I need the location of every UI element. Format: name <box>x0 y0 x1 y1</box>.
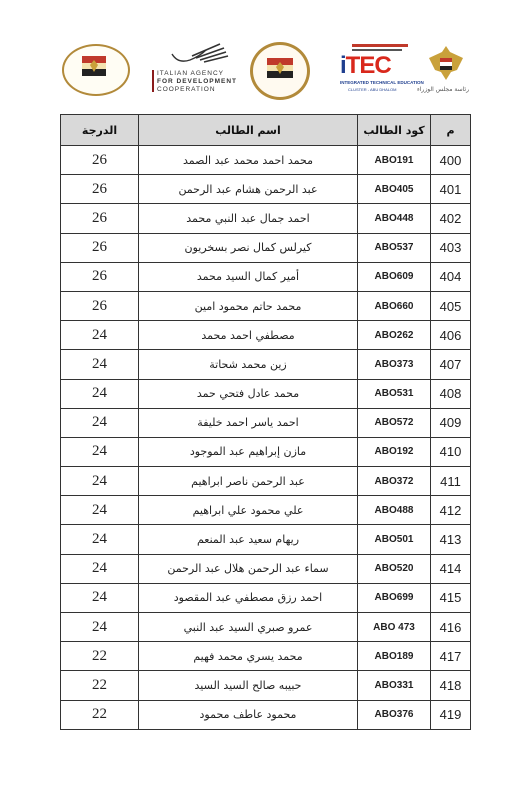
student-grade: 24 <box>61 437 139 466</box>
table-row: 418ABO331حبيبه صالح السيد السيد22 <box>61 671 471 700</box>
student-name: حبيبه صالح السيد السيد <box>139 671 358 700</box>
student-grade: 24 <box>61 379 139 408</box>
student-code: ABO531 <box>358 379 431 408</box>
student-grade: 22 <box>61 700 139 729</box>
student-code: ABO699 <box>358 583 431 612</box>
table-row: 414ABO520سماء عبد الرحمن هلال عبد الرحمن… <box>61 554 471 583</box>
agency-line-3: COOPERATION <box>157 86 241 94</box>
row-number: 407 <box>431 350 471 379</box>
itec-header-line <box>352 49 402 51</box>
row-number: 416 <box>431 613 471 642</box>
itec-subtitle-2: CLUSTER - ABU DHALOM <box>348 87 396 92</box>
organization-seal-logo <box>60 40 130 98</box>
row-number: 418 <box>431 671 471 700</box>
table-row: 411ABO372عبد الرحمن ناصر ابراهيم24 <box>61 467 471 496</box>
itec-wordmark: iTEC <box>340 52 391 80</box>
student-name: احمد ياسر احمد خليفة <box>139 408 358 437</box>
student-name: احمد رزق مصطفي عبد المقصود <box>139 583 358 612</box>
student-name: عمرو صبري السيد عبد النبي <box>139 613 358 642</box>
table-row: 415ABO699احمد رزق مصطفي عبد المقصود24 <box>61 583 471 612</box>
student-code: ABO520 <box>358 554 431 583</box>
student-code: ABO192 <box>358 437 431 466</box>
table-row: 400ABO191محمد احمد محمد عبد الصمد26 <box>61 146 471 175</box>
student-name: زين محمد شحاتة <box>139 350 358 379</box>
agency-accent-bar <box>152 70 154 92</box>
itec-logo: iTEC INTEGRATED TECHNICAL EDUCATION CLUS… <box>340 38 410 102</box>
student-name: سماء عبد الرحمن هلال عبد الرحمن <box>139 554 358 583</box>
student-code: ABO501 <box>358 525 431 554</box>
student-code: ABO405 <box>358 175 431 204</box>
table-row: 416ABO 473عمرو صبري السيد عبد النبي24 <box>61 613 471 642</box>
student-name: علي محمود علي ابراهيم <box>139 496 358 525</box>
table-row: 401ABO405عبد الرحمن هشام عبد الرحمن26 <box>61 175 471 204</box>
cabinet-eagle-logo: رئاسة مجلس الوزراء <box>425 38 469 102</box>
table-row: 404ABO609أمير كمال السيد محمد26 <box>61 262 471 291</box>
row-number: 403 <box>431 233 471 262</box>
student-code: ABO331 <box>358 671 431 700</box>
student-name: مصطفي احمد محمد <box>139 321 358 350</box>
student-grade: 22 <box>61 642 139 671</box>
student-grade: 24 <box>61 554 139 583</box>
ministry-seal-logo <box>250 38 314 102</box>
dove-icon <box>170 42 230 68</box>
student-name: ريهام سعيد عبد المنعم <box>139 525 358 554</box>
row-number: 409 <box>431 408 471 437</box>
row-number: 400 <box>431 146 471 175</box>
row-number: 405 <box>431 291 471 320</box>
table-row: 407ABO373زين محمد شحاتة24 <box>61 350 471 379</box>
table-row: 417ABO189محمد يسري محمد فهيم22 <box>61 642 471 671</box>
egypt-flag-emblem-icon <box>82 56 106 76</box>
table-row: 406ABO262مصطفي احمد محمد24 <box>61 321 471 350</box>
student-grade: 24 <box>61 321 139 350</box>
student-name: عبد الرحمن ناصر ابراهيم <box>139 467 358 496</box>
student-grade: 24 <box>61 350 139 379</box>
agency-line-2: FOR DEVELOPMENT <box>157 78 241 86</box>
row-number: 417 <box>431 642 471 671</box>
student-code: ABO488 <box>358 496 431 525</box>
student-name: محمد احمد محمد عبد الصمد <box>139 146 358 175</box>
table-row: 410ABO192مازن إبراهيم عبد الموجود24 <box>61 437 471 466</box>
row-number: 415 <box>431 583 471 612</box>
row-number: 406 <box>431 321 471 350</box>
student-grade: 26 <box>61 146 139 175</box>
student-grade: 24 <box>61 496 139 525</box>
italian-agency-logo: ITALIAN AGENCY FOR DEVELOPMENT COOPERATI… <box>152 38 232 102</box>
student-grade: 24 <box>61 613 139 642</box>
student-grade: 22 <box>61 671 139 700</box>
student-code: ABO572 <box>358 408 431 437</box>
header-name: اسم الطالب <box>139 115 358 146</box>
student-code: ABO191 <box>358 146 431 175</box>
row-number: 404 <box>431 262 471 291</box>
student-name: كيرلس كمال نصر بسخريون <box>139 233 358 262</box>
table-row: 413ABO501ريهام سعيد عبد المنعم24 <box>61 525 471 554</box>
student-grade: 26 <box>61 204 139 233</box>
logo-strip: ITALIAN AGENCY FOR DEVELOPMENT COOPERATI… <box>60 38 470 102</box>
student-code: ABO373 <box>358 350 431 379</box>
table-row: 405ABO660محمد حاتم محمود امين26 <box>61 291 471 320</box>
row-number: 408 <box>431 379 471 408</box>
student-code: ABO376 <box>358 700 431 729</box>
student-name: محمد يسري محمد فهيم <box>139 642 358 671</box>
itec-header-line <box>352 44 408 47</box>
student-name: احمد جمال عبد النبي محمد <box>139 204 358 233</box>
student-grade: 26 <box>61 175 139 204</box>
table-row: 412ABO488علي محمود علي ابراهيم24 <box>61 496 471 525</box>
student-code: ABO537 <box>358 233 431 262</box>
eagle-emblem-icon <box>427 44 465 82</box>
student-name: أمير كمال السيد محمد <box>139 262 358 291</box>
table-row: 409ABO572احمد ياسر احمد خليفة24 <box>61 408 471 437</box>
row-number: 411 <box>431 467 471 496</box>
student-code: ABO448 <box>358 204 431 233</box>
student-grade: 24 <box>61 408 139 437</box>
student-name: عبد الرحمن هشام عبد الرحمن <box>139 175 358 204</box>
table-row: 408ABO531محمد عادل فتحي حمد24 <box>61 379 471 408</box>
student-name: محمد حاتم محمود امين <box>139 291 358 320</box>
results-table: م كود الطالب اسم الطالب الدرجة 400ABO191… <box>60 114 471 730</box>
student-grade: 24 <box>61 467 139 496</box>
student-name: مازن إبراهيم عبد الموجود <box>139 437 358 466</box>
egypt-flag-emblem-icon <box>267 58 293 78</box>
student-code: ABO 473 <box>358 613 431 642</box>
student-name: محمود عاطف محمود <box>139 700 358 729</box>
table-header-row: م كود الطالب اسم الطالب الدرجة <box>61 115 471 146</box>
row-number: 412 <box>431 496 471 525</box>
row-number: 401 <box>431 175 471 204</box>
student-grade: 26 <box>61 291 139 320</box>
header-code: كود الطالب <box>358 115 431 146</box>
row-number: 413 <box>431 525 471 554</box>
row-number: 402 <box>431 204 471 233</box>
student-name: محمد عادل فتحي حمد <box>139 379 358 408</box>
table-row: 403ABO537كيرلس كمال نصر بسخريون26 <box>61 233 471 262</box>
student-code: ABO609 <box>358 262 431 291</box>
student-grade: 24 <box>61 525 139 554</box>
student-code: ABO189 <box>358 642 431 671</box>
header-grade: الدرجة <box>61 115 139 146</box>
row-number: 410 <box>431 437 471 466</box>
table-row: 419ABO376محمود عاطف محمود22 <box>61 700 471 729</box>
student-code: ABO372 <box>358 467 431 496</box>
student-grade: 26 <box>61 262 139 291</box>
agency-line-1: ITALIAN AGENCY <box>157 70 241 78</box>
header-num: م <box>431 115 471 146</box>
eagle-caption: رئاسة مجلس الوزراء <box>425 86 469 93</box>
row-number: 419 <box>431 700 471 729</box>
student-grade: 24 <box>61 583 139 612</box>
student-code: ABO660 <box>358 291 431 320</box>
student-code: ABO262 <box>358 321 431 350</box>
row-number: 414 <box>431 554 471 583</box>
student-grade: 26 <box>61 233 139 262</box>
itec-subtitle: INTEGRATED TECHNICAL EDUCATION <box>340 80 424 85</box>
table-row: 402ABO448احمد جمال عبد النبي محمد26 <box>61 204 471 233</box>
